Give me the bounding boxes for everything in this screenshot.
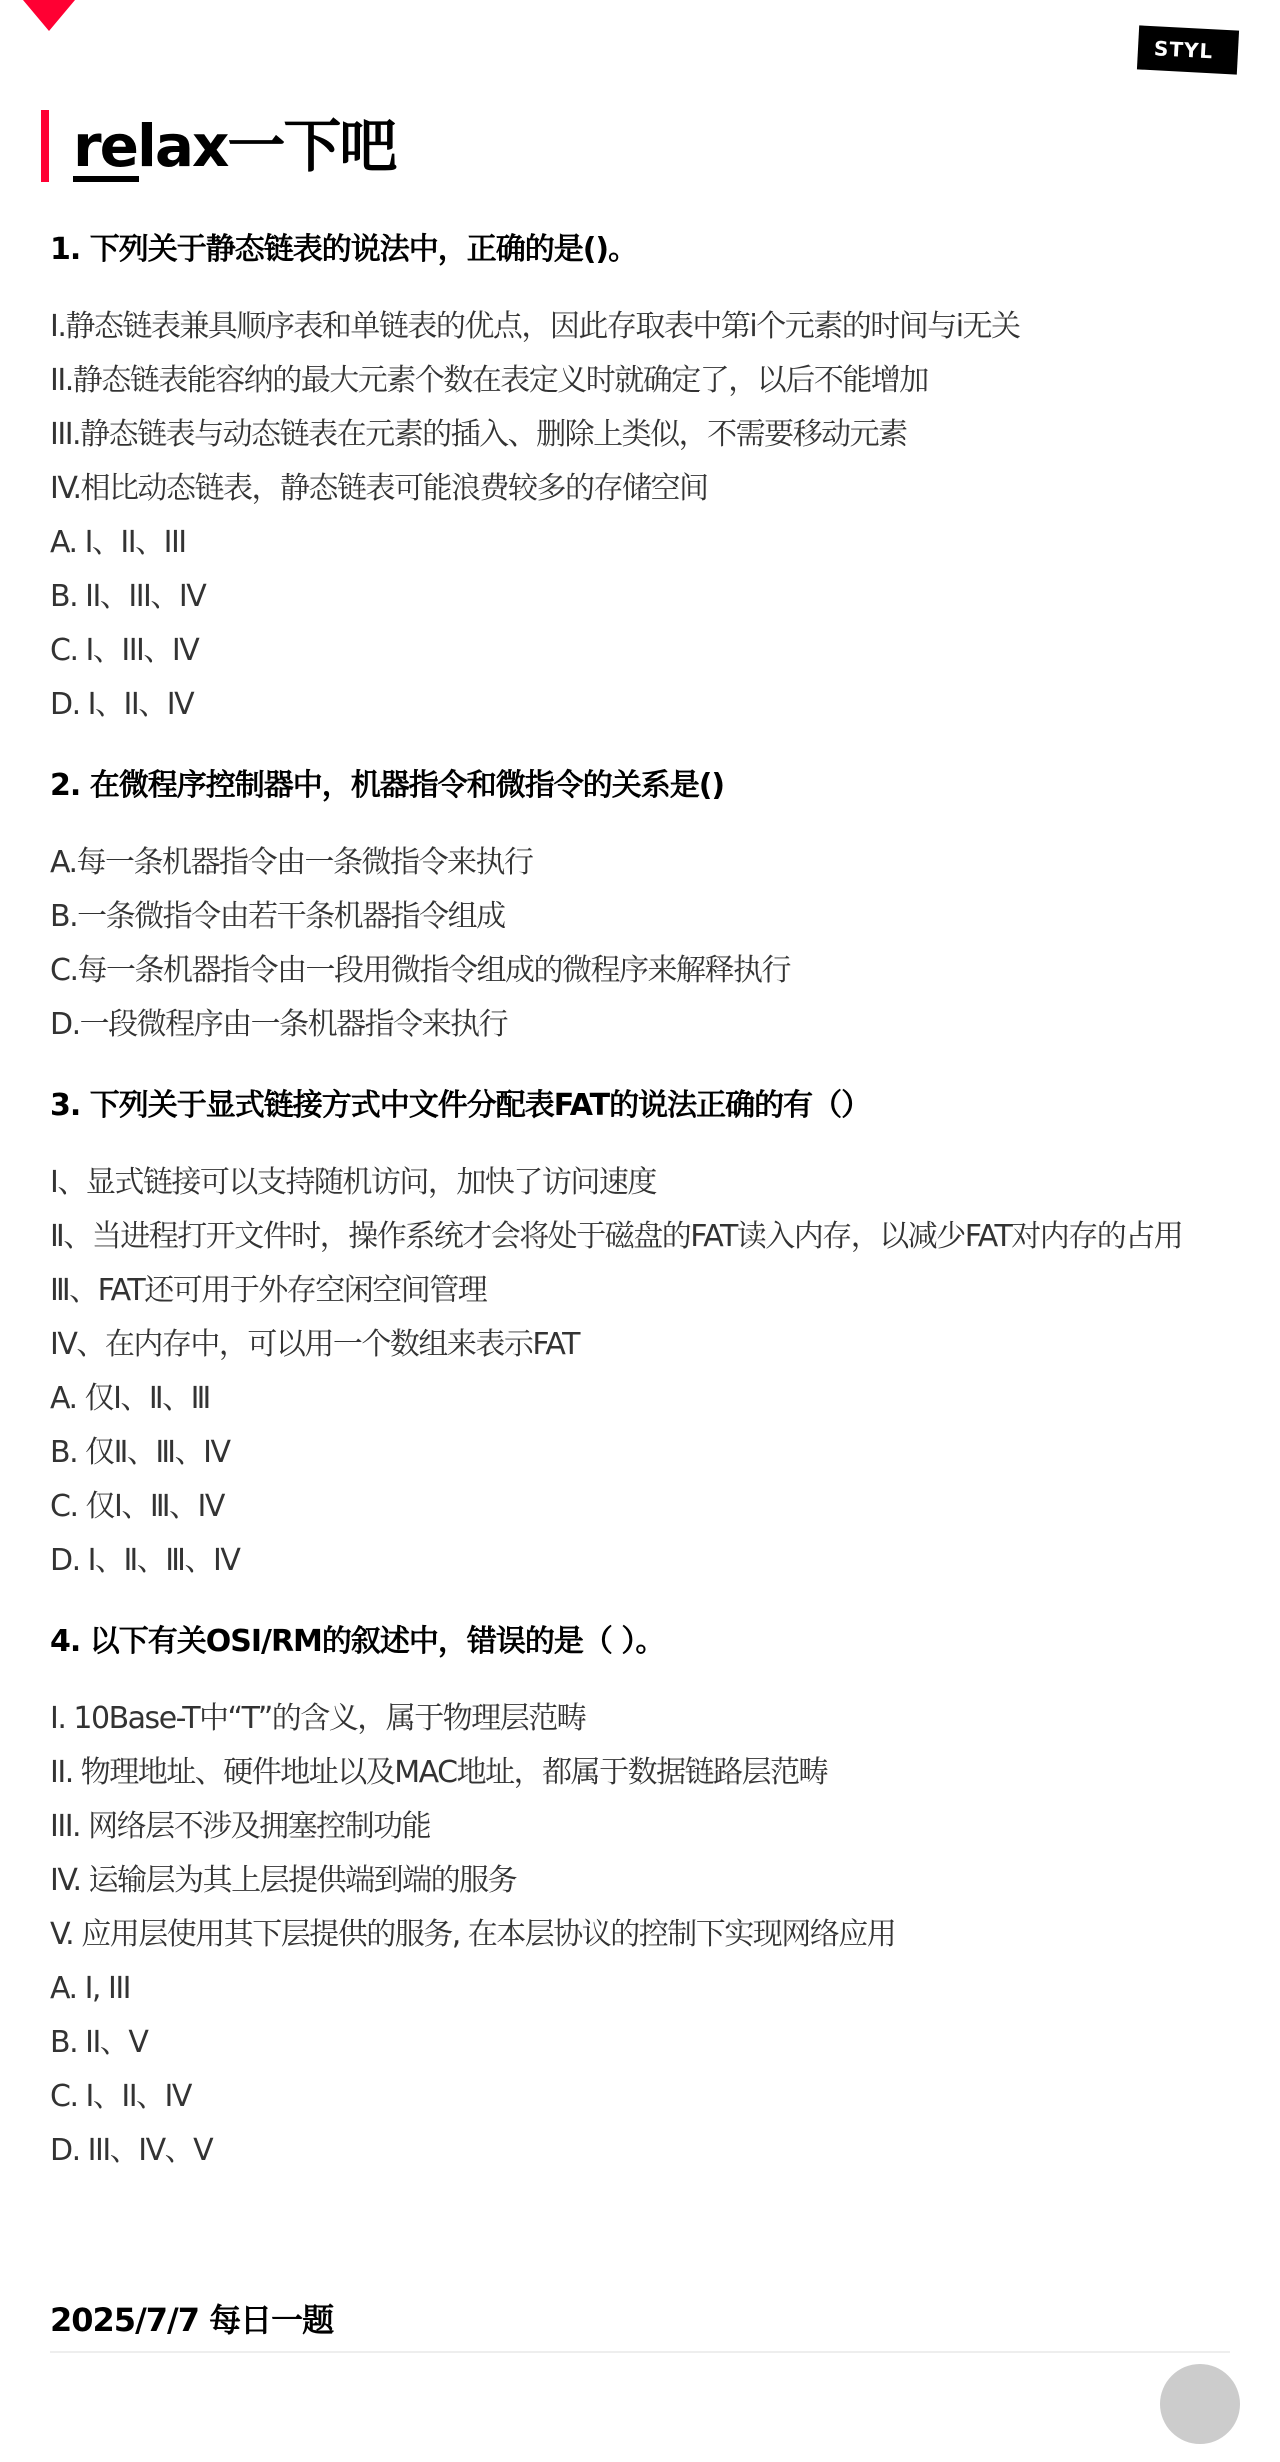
question-statement: III. 网络层不涉及拥塞控制功能: [50, 1800, 1230, 1854]
answer-option-a: A. I, III: [50, 1962, 1230, 2016]
question-statement: III.静态链表与动态链表在元素的插入、删除上类似，不需要移动元素: [50, 408, 1230, 462]
question-statement: IV. 运输层为其上层提供端到端的服务: [50, 1854, 1230, 1908]
title-accent-bar: [41, 110, 49, 182]
page-header: relax一下吧: [41, 110, 395, 182]
question-statement: I.静态链表兼具顺序表和单链表的优点，因此存取表中第i个元素的时间与i无关: [50, 300, 1230, 354]
answer-option-b: B. II、V: [50, 2016, 1230, 2070]
question-heading: 2. 在微程序控制器中，机器指令和微指令的关系是(): [50, 756, 1230, 816]
answer-option-d: D. III、IV、V: [50, 2124, 1230, 2178]
page-title: relax一下吧: [73, 114, 395, 178]
answer-option-a: A.每一条机器指令由一条微指令来执行: [50, 836, 1230, 890]
question-statement: IV、在内存中，可以用一个数组来表示FAT: [50, 1318, 1230, 1372]
question-statement: Ⅰ、显式链接可以支持随机访问，加快了访问速度: [50, 1156, 1230, 1210]
answer-option-c: C.每一条机器指令由一段用微指令组成的微程序来解释执行: [50, 944, 1230, 998]
question-statement: V. 应用层使用其下层提供的服务, 在本层协议的控制下实现网络应用: [50, 1908, 1230, 1962]
corner-triangle-icon: [23, 0, 75, 31]
answer-option-c: C. 仅Ⅰ、Ⅲ、IV: [50, 1480, 1230, 1534]
question-statement: II.静态链表能容纳的最大元素个数在表定义时就确定了，以后不能增加: [50, 354, 1230, 408]
question-statement: Ⅱ、当进程打开文件时，操作系统才会将处于磁盘的FAT读入内存，以减少FAT对内存…: [50, 1210, 1230, 1264]
answer-option-b: B. 仅Ⅱ、Ⅲ、IV: [50, 1426, 1230, 1480]
answer-option-b: B.一条微指令由若干条机器指令组成: [50, 890, 1230, 944]
question-3: 3. 下列关于显式链接方式中文件分配表FAT的说法正确的有（） Ⅰ、显式链接可以…: [50, 1076, 1230, 1588]
question-heading: 4. 以下有关OSI/RM的叙述中，错误的是（ ）。: [50, 1612, 1230, 1672]
answer-option-d: D.一段微程序由一条机器指令来执行: [50, 998, 1230, 1052]
question-statement: Ⅲ、FAT还可用于外存空闲空间管理: [50, 1264, 1230, 1318]
answer-option-d: D. I、II、IV: [50, 678, 1230, 732]
answer-option-d: D. Ⅰ、Ⅱ、Ⅲ、IV: [50, 1534, 1230, 1588]
answer-option-c: C. I、II、IV: [50, 2070, 1230, 2124]
question-statement: IV.相比动态链表，静态链表可能浪费较多的存储空间: [50, 462, 1230, 516]
question-1: 1. 下列关于静态链表的说法中，正确的是()。 I.静态链表兼具顺序表和单链表的…: [50, 220, 1230, 732]
question-statement: II. 物理地址、硬件地址以及MAC地址，都属于数据链路层范畴: [50, 1746, 1230, 1800]
question-heading: 3. 下列关于显式链接方式中文件分配表FAT的说法正确的有（）: [50, 1076, 1230, 1136]
question-list: 1. 下列关于静态链表的说法中，正确的是()。 I.静态链表兼具顺序表和单链表的…: [50, 220, 1230, 2178]
answer-option-b: B. II、III、IV: [50, 570, 1230, 624]
title-underline: [73, 176, 139, 182]
scroll-top-button[interactable]: [1160, 2364, 1240, 2444]
answer-option-c: C. I、III、IV: [50, 624, 1230, 678]
footer-date-title: 2025/7/7 每日一题: [50, 2296, 333, 2344]
answer-option-a: A. I、II、III: [50, 516, 1230, 570]
question-statement: I. 10Base-T中“T”的含义，属于物理层范畴: [50, 1692, 1230, 1746]
spacer: [50, 1052, 1230, 1076]
spacer: [50, 1588, 1230, 1612]
answer-option-a: A. 仅Ⅰ、Ⅱ、Ⅲ: [50, 1372, 1230, 1426]
footer-divider: [50, 2351, 1230, 2353]
question-4: 4. 以下有关OSI/RM的叙述中，错误的是（ ）。 I. 10Base-T中“…: [50, 1612, 1230, 2178]
question-heading: 1. 下列关于静态链表的说法中，正确的是()。: [50, 220, 1230, 280]
question-2: 2. 在微程序控制器中，机器指令和微指令的关系是() A.每一条机器指令由一条微…: [50, 756, 1230, 1052]
spacer: [50, 732, 1230, 756]
styl-tag: STYL: [1137, 25, 1239, 74]
